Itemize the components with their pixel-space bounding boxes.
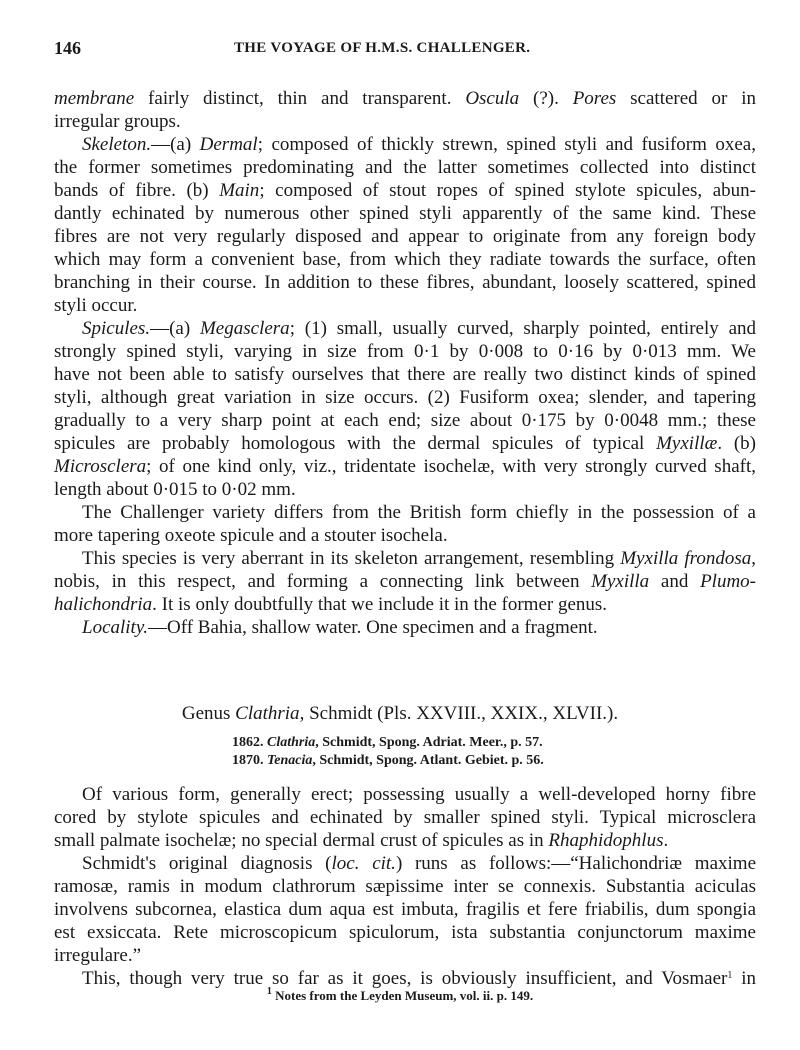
text-line: Microsclera; of one kind only, viz., tri…	[54, 456, 756, 478]
text-line: Schmidt's original diagnosis (loc. cit.)…	[82, 853, 756, 875]
text-line: This species is very aberrant in its ske…	[82, 548, 756, 570]
text-run: fairly distinct, thin and transparent.	[134, 88, 465, 109]
text-run: ; composed of thickly strewn, spined sty…	[258, 134, 756, 155]
section-label-skeleton: Skeleton.	[82, 134, 151, 155]
italic-term: Rhaphidophlus	[548, 830, 663, 851]
synonym-entry: 1862. Clathria, Schmidt, Spong. Adriat. …	[232, 735, 543, 751]
synonym-name: Tenacia	[267, 753, 312, 768]
text-run: This, though very true so far as it goes…	[82, 968, 727, 989]
text-run: spicules are probably homologous with th…	[54, 433, 656, 454]
section-label-locality: Locality.	[82, 617, 148, 638]
text-line: spicules are probably homologous with th…	[54, 433, 756, 455]
text-run: bands of fibre. (b)	[54, 180, 219, 201]
text-line: nobis, in this respect, and forming a co…	[54, 571, 756, 593]
synonym-ref: , Schmidt, Spong. Adriat. Meer., p. 57.	[315, 735, 542, 750]
text-run: . (b)	[717, 433, 756, 454]
text-line: styli occur.	[54, 295, 756, 317]
genus-name: Clathria	[235, 703, 299, 724]
text-line: membrane fairly distinct, thin and trans…	[54, 88, 756, 110]
italic-term: Myxilla frondosa	[620, 548, 751, 569]
text-run: small palmate isochelæ; no special derma…	[54, 830, 548, 851]
text-line: involvens subcornea, elastica dum aqua e…	[54, 899, 756, 921]
synonym-year: 1862.	[232, 735, 267, 750]
italic-term: loc. cit.	[332, 853, 396, 874]
text-line: This, though very true so far as it goes…	[82, 968, 756, 990]
synonym-entry: 1870. Tenacia, Schmidt, Spong. Atlant. G…	[232, 753, 544, 769]
text-run: in	[732, 968, 756, 989]
page-number: 146	[54, 38, 81, 59]
text-line: fibres are not very regularly disposed a…	[54, 226, 756, 248]
text-run: , Schmidt (Pls. XXVIII., XXIX., XLVII.).	[300, 703, 619, 724]
text-run: ; composed of stout ropes of spined styl…	[259, 180, 756, 201]
text-line: small palmate isochelæ; no special derma…	[54, 830, 756, 852]
text-run: Genus	[182, 703, 235, 724]
section-label-spicules: Spicules.	[82, 318, 150, 339]
text-run: ; of one kind only, viz., tridentate iso…	[146, 456, 756, 477]
running-title: THE VOYAGE OF H.M.S. CHALLENGER.	[234, 40, 530, 57]
synonym-year: 1870.	[232, 753, 267, 768]
text-line: Of various form, generally erect; posses…	[82, 784, 756, 806]
text-run: ,	[751, 548, 756, 569]
italic-term: Main	[219, 180, 259, 201]
text-run: —Off Bahia, shallow water. One specimen …	[148, 617, 598, 638]
text-line: The Challenger variety differs from the …	[82, 502, 756, 524]
text-line: dantly echinated by numerous other spine…	[54, 203, 756, 225]
text-line: Locality.—Off Bahia, shallow water. One …	[82, 617, 756, 639]
text-run: This species is very aberrant in its ske…	[82, 548, 620, 569]
italic-term: Oscula	[465, 88, 519, 109]
text-line: which may form a convenient base, from w…	[54, 249, 756, 271]
footnote: 1 Notes from the Leyden Museum, vol. ii.…	[0, 988, 800, 1004]
text-line: ramosæ, ramis in modum clathrorum sæpiss…	[54, 876, 756, 898]
text-line: est exsiccata. Rete microscopicum spicul…	[54, 922, 756, 944]
text-run: (?).	[519, 88, 573, 109]
italic-term: Pores	[573, 88, 617, 109]
text-line: gradually to a very sharp point at each …	[54, 410, 756, 432]
text-line: strongly spined styli, varying in size f…	[54, 341, 756, 363]
footnote-text: Notes from the Leyden Museum, vol. ii. p…	[272, 988, 533, 1003]
text-line: length about 0·015 to 0·02 mm.	[54, 479, 756, 501]
italic-term: membrane	[54, 88, 134, 109]
text-line: bands of fibre. (b) Main; composed of st…	[54, 180, 756, 202]
italic-term: Myxilla	[591, 571, 649, 592]
italic-term: Microsclera	[54, 456, 146, 477]
text-run: .	[663, 830, 668, 851]
text-run: —(a)	[150, 318, 200, 339]
synonym-ref: , Schmidt, Spong. Atlant. Gebiet. p. 56.	[312, 753, 543, 768]
text-run: ; (1) small, usually curved, sharply poi…	[290, 318, 756, 339]
text-run: Schmidt's original diagnosis (	[82, 853, 332, 874]
text-line: styli, although great variation in size …	[54, 387, 756, 409]
page-header: 146 THE VOYAGE OF H.M.S. CHALLENGER.	[54, 38, 754, 62]
text-line: more tapering oxeote spicule and a stout…	[54, 525, 756, 547]
text-run: ) runs as follows:—“Halichondriæ maxime	[396, 853, 756, 874]
text-run: scattered or in	[616, 88, 756, 109]
text-line: Skeleton.—(a) Dermal; composed of thickl…	[82, 134, 756, 156]
italic-term: Myxillæ	[656, 433, 717, 454]
text-line: cored by stylote spicules and echinated …	[54, 807, 756, 829]
text-line: irregulare.”	[54, 945, 756, 967]
text-run: . It is only doubtfully that we include …	[152, 594, 607, 615]
text-line: Spicules.—(a) Megasclera; (1) small, usu…	[82, 318, 756, 340]
text-line: have not been able to satisfy ourselves …	[54, 364, 756, 386]
text-line: the former sometimes predominating and t…	[54, 157, 756, 179]
italic-term: Plumo-	[700, 571, 756, 592]
genus-heading: Genus Clathria, Schmidt (Pls. XXVIII., X…	[0, 703, 800, 725]
document-page: 146 THE VOYAGE OF H.M.S. CHALLENGER. mem…	[0, 0, 800, 1050]
text-line: halichondria. It is only doubtfully that…	[54, 594, 756, 616]
text-run: and	[649, 571, 700, 592]
italic-term: halichondria	[54, 594, 152, 615]
text-run: —(a)	[151, 134, 200, 155]
text-line: branching in their course. In addition t…	[54, 272, 756, 294]
text-run: nobis, in this respect, and forming a co…	[54, 571, 591, 592]
italic-term: Megasclera	[200, 318, 290, 339]
text-line: irregular groups.	[54, 111, 756, 133]
synonym-name: Clathria	[267, 735, 315, 750]
italic-term: Dermal	[200, 134, 258, 155]
